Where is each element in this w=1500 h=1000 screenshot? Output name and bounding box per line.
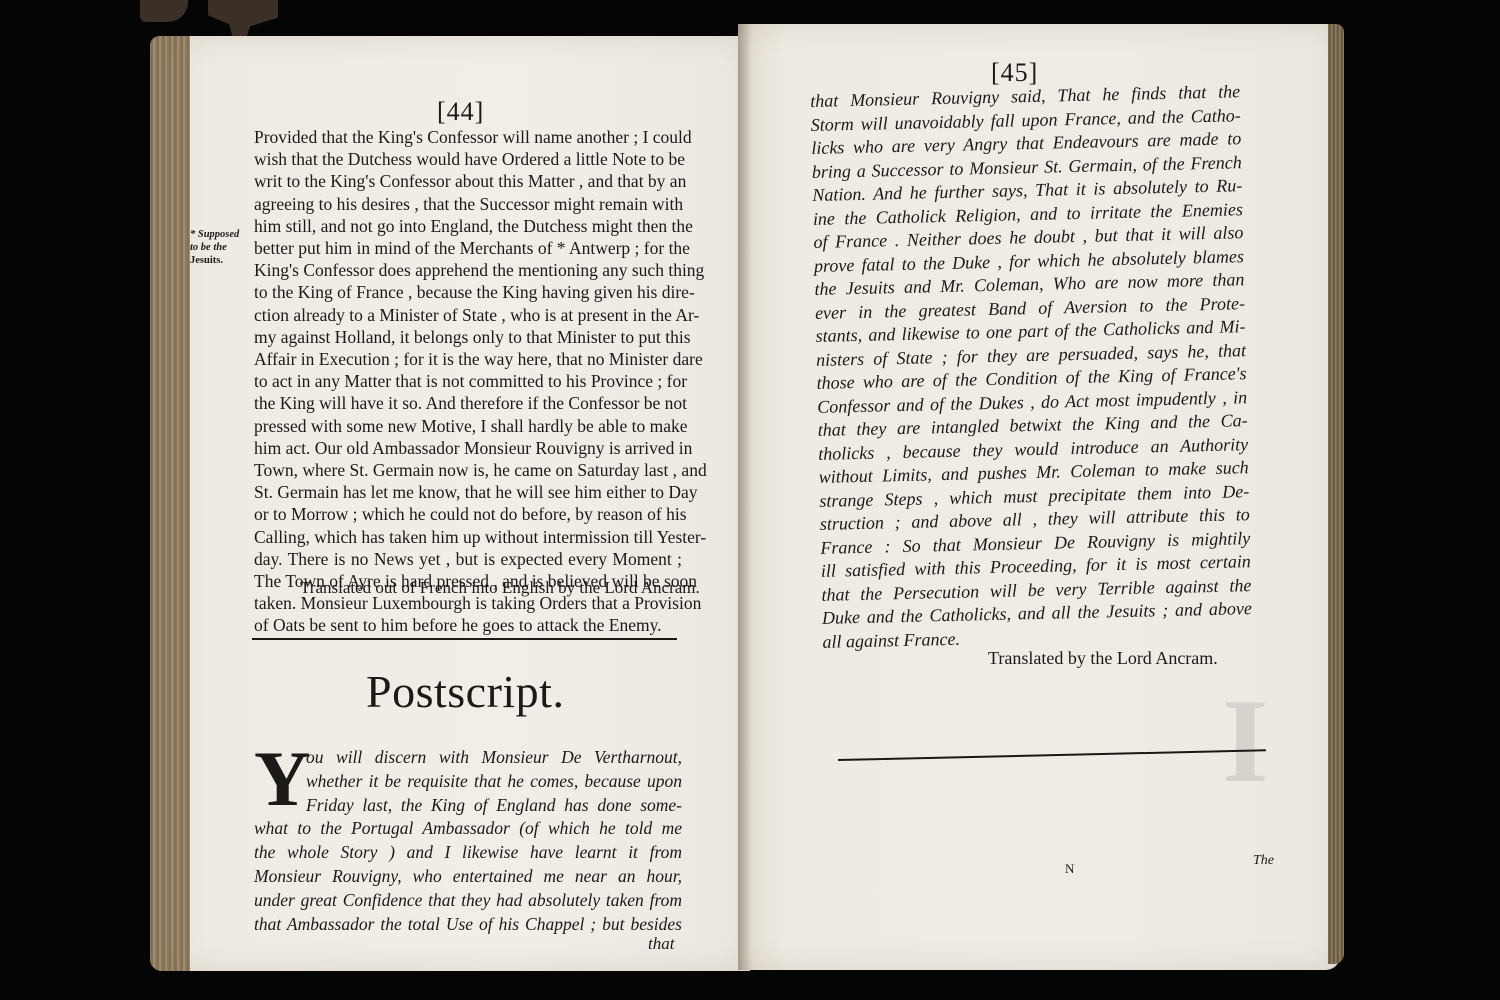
section-rule — [252, 638, 677, 640]
text-line: St. Germain has let me know, that he wil… — [254, 481, 682, 503]
text-line: to the King of France , because the King… — [254, 281, 682, 303]
text-line: Calling, which has taken him up without … — [254, 526, 682, 548]
text-line: that Ambassador the total Use of his Cha… — [254, 913, 682, 937]
text-line: day. There is no News yet , but is expec… — [254, 548, 682, 570]
text-line: my against Holland, it belongs only to t… — [254, 326, 682, 348]
text-line: wish that the Dutchess would have Ordere… — [254, 148, 682, 170]
margin-note-line: * Supposed — [190, 228, 239, 241]
translation-credit: Translated by the Lord Ancram. — [988, 648, 1218, 669]
left-page-edges — [150, 36, 190, 971]
margin-note-line: Jesuits. — [190, 254, 239, 267]
text-line: the King will have it so. And therefore … — [254, 392, 682, 414]
text-line: agreeing to his desires , that the Succe… — [254, 193, 682, 215]
catchword: that — [648, 934, 674, 954]
text-line: better put him in mind of the Merchants … — [254, 237, 682, 259]
book-clip — [140, 0, 188, 22]
postscript-text: ou will discern with Monsieur De Verthar… — [254, 746, 682, 936]
postscript-heading: Postscript. — [366, 665, 564, 718]
right-body-text: that Monsieur Rouvigny said, That he fin… — [810, 80, 1253, 654]
signature-mark: N — [1065, 861, 1074, 877]
right-page-edges — [1328, 24, 1344, 964]
text-line: under great Confidence that they had abs… — [254, 889, 682, 913]
text-line: pressed with some new Motive, I shall ha… — [254, 415, 682, 437]
left-body-text: Provided that the King's Confessor will … — [254, 126, 682, 637]
text-line: him still, and not go into England, the … — [254, 215, 682, 237]
margin-note: * Supposed to be the Jesuits. — [190, 228, 239, 267]
text-line: of Oats be sent to him before he goes to… — [254, 614, 682, 636]
text-line: Friday last, the King of England has don… — [306, 794, 682, 818]
text-line: what to the Portugal Ambassador (of whic… — [254, 817, 682, 841]
translation-credit: Translated out of French into English by… — [300, 578, 700, 598]
text-line: Monsieur Rouvigny, who entertained me ne… — [254, 865, 682, 889]
text-line: whether it be requisite that he comes, b… — [306, 770, 682, 794]
text-line: ou will discern with Monsieur De Verthar… — [306, 746, 682, 770]
text-line: Provided that the King's Confessor will … — [254, 126, 682, 148]
text-line: him act. Our old Ambassador Monsieur Rou… — [254, 437, 682, 459]
gutter-shadow — [738, 24, 752, 970]
bleed-through-initial: I — [1222, 672, 1269, 810]
text-line: ction already to a Minister of State , w… — [254, 304, 682, 326]
text-line: or to Morrow ; which he could not do bef… — [254, 503, 682, 525]
text-line: writ to the King's Confessor about this … — [254, 170, 682, 192]
margin-note-line: to be the — [190, 241, 239, 254]
text-line: Affair in Execution ; for it is the way … — [254, 348, 682, 370]
text-line: to act in any Matter that is not committ… — [254, 370, 682, 392]
catchword: The — [1253, 853, 1274, 869]
text-line: King's Confessor does apprehend the ment… — [254, 259, 682, 281]
page-number-44: [44] — [437, 97, 484, 127]
text-line: Town, where St. Germain now is, he came … — [254, 459, 682, 481]
page-number-45: [45] — [991, 58, 1038, 88]
text-line: the whole Story ) and I likewise have le… — [254, 841, 682, 865]
